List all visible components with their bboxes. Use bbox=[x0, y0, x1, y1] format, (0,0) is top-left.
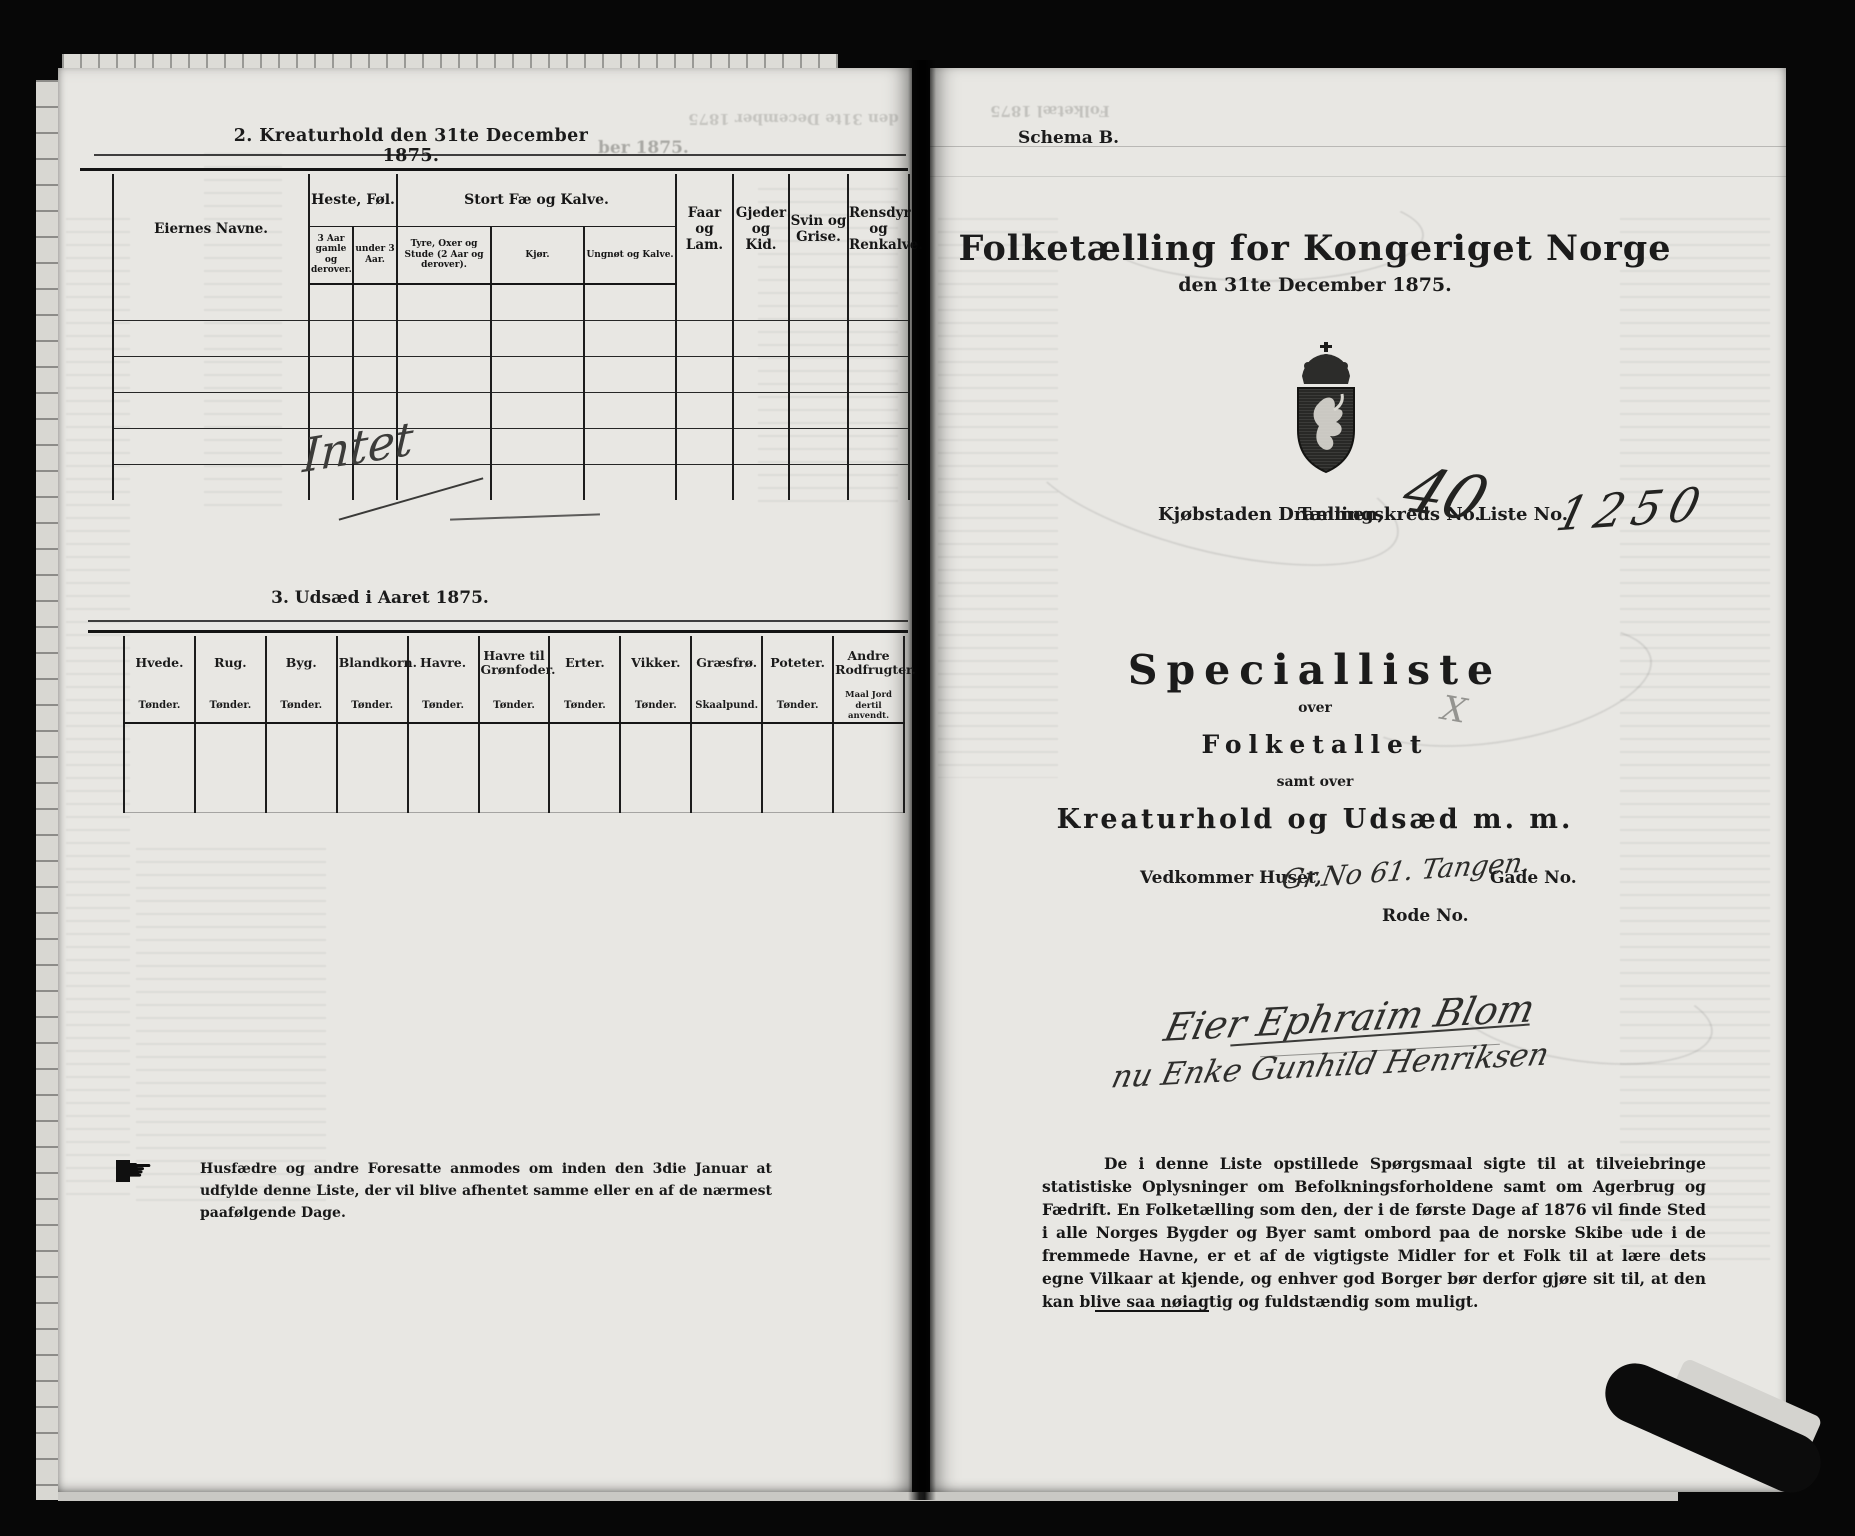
rode-no-label: Rode No. bbox=[1382, 906, 1469, 926]
udsaed-col-byg: Byg. bbox=[266, 636, 337, 690]
col-header-eiernes-navne: Eiernes Navne. bbox=[113, 174, 309, 284]
subcol-under3aar: under 3 Aar. bbox=[353, 226, 397, 284]
udsaed-col-havre: Havre. bbox=[408, 636, 479, 690]
book-page-edges-left bbox=[36, 80, 58, 1500]
udsaed-unit: Tønder. bbox=[266, 690, 337, 723]
table1-empty-row bbox=[113, 429, 909, 465]
manicule-block bbox=[116, 1160, 130, 1182]
kreaturhold-table: Eiernes Navne. Heste, Føl. Stort Fæ og K… bbox=[112, 174, 910, 500]
col-header-gjeder-og-kid: Gjeder og Kid. bbox=[733, 174, 789, 284]
book-gutter bbox=[908, 60, 936, 1500]
bleed-through-mid bbox=[136, 848, 326, 1208]
coat-of-arms-norway bbox=[1288, 342, 1366, 478]
udsaed-unit: Tønder. bbox=[124, 690, 195, 723]
manicule-icon: ☛ bbox=[126, 1156, 153, 1186]
udsaed-col-graesfroe: Græsfrø. bbox=[691, 636, 762, 690]
speciallist-folketallet: Folketallet bbox=[930, 730, 1700, 759]
speciallist-samt-over: samt over bbox=[930, 774, 1700, 790]
udsaed-unit: Tønder. bbox=[408, 690, 479, 723]
udsaed-unit: Tønder. bbox=[195, 690, 266, 723]
left-page: den 31te December 1875 ber 1875. 2. Krea… bbox=[58, 68, 912, 1492]
table2-empty-row bbox=[124, 723, 904, 813]
book-page-edge-bottom bbox=[58, 1492, 1678, 1501]
bleed-through-left-col bbox=[938, 218, 1058, 778]
book-page-edges-top bbox=[62, 54, 838, 68]
table1-empty-row bbox=[113, 321, 909, 357]
footnote-text: Husfædre og andre Foresatte anmodes om i… bbox=[200, 1158, 772, 1224]
udsaed-col-blandkorn: Blandkorn. bbox=[337, 636, 408, 690]
udsaed-col-hvede: Hvede. bbox=[124, 636, 195, 690]
col-group-heste-foel: Heste, Føl. bbox=[309, 174, 397, 226]
udsaed-unit: Tønder. bbox=[762, 690, 833, 723]
udsaed-unit: Tønder. bbox=[549, 690, 620, 723]
table1-empty-row bbox=[113, 393, 909, 429]
udsaed-unit: Maal Jord dertil anvendt. bbox=[833, 690, 904, 723]
table1-empty-row bbox=[113, 284, 909, 321]
table1-empty-row bbox=[113, 357, 909, 393]
col-header-faar-og-lam: Faar og Lam. bbox=[676, 174, 733, 284]
subcol-3aar: 3 Aar gamle og derover. bbox=[309, 226, 353, 284]
table2-top-rule-a bbox=[88, 620, 908, 622]
col-group-stort-fae: Stort Fæ og Kalve. bbox=[397, 174, 676, 226]
schema-label: Schema B. bbox=[1018, 128, 1119, 148]
udsaed-col-rug: Rug. bbox=[195, 636, 266, 690]
udsaed-unit: Skaalpund. bbox=[691, 690, 762, 723]
signature-rule bbox=[1095, 1310, 1209, 1312]
col-header-rensdyr: Rensdyr og Renkalve. bbox=[848, 174, 909, 284]
speciallist-heading: Specialliste bbox=[930, 646, 1700, 694]
handwritten-dash bbox=[450, 513, 600, 520]
udsaed-table: Hvede. Rug. Byg. Blandkorn. Havre. Havre… bbox=[123, 636, 905, 813]
subcol-tyre-oxer: Tyre, Oxer og Stude (2 Aar og derover). bbox=[397, 226, 491, 284]
udsaed-col-erter: Erter. bbox=[549, 636, 620, 690]
udsaed-col-poteter: Poteter. bbox=[762, 636, 833, 690]
table1-top-rule-a bbox=[94, 154, 906, 156]
udsaed-col-rodfrugter: Andre Rodfrugter. bbox=[833, 636, 904, 690]
subcol-kjoer: Kjør. bbox=[491, 226, 584, 284]
speciallist-kreaturhold: Kreaturhold og Udsæd m. m. bbox=[930, 804, 1700, 835]
table2-top-rule-b bbox=[88, 630, 908, 633]
bleed-text-top: den 31te December 1875 bbox=[688, 110, 899, 128]
census-title: Folketælling for Kongeriget Norge bbox=[930, 228, 1700, 269]
table2-title: 3. Udsæd i Aaret 1875. bbox=[200, 588, 560, 608]
udsaed-unit: Tønder. bbox=[337, 690, 408, 723]
subcol-ungnoet: Ungnøt og Kalve. bbox=[584, 226, 676, 284]
census-subtitle: den 31te December 1875. bbox=[930, 274, 1700, 296]
udsaed-col-havre-groenfoder: Havre til Grønfoder. bbox=[479, 636, 550, 690]
table1-empty-row bbox=[113, 465, 909, 501]
udsaed-unit: Tønder. bbox=[479, 690, 550, 723]
liste-label: Liste No. bbox=[1478, 504, 1568, 525]
bleed-grid-line2 bbox=[930, 176, 1786, 177]
udsaed-col-vikker: Vikker. bbox=[620, 636, 691, 690]
col-header-svin-og-grise: Svin og Grise. bbox=[789, 174, 848, 284]
udsaed-unit: Tønder. bbox=[620, 690, 691, 723]
liste-value-handwritten: 1250 bbox=[1551, 476, 1713, 541]
right-page: Folketæl 1875 Schema B. Folketælling for… bbox=[930, 68, 1786, 1492]
table1-top-rule-b bbox=[80, 168, 908, 171]
instruction-paragraph: De i denne Liste opstillede Spørgsmaal s… bbox=[1042, 1152, 1706, 1313]
table1-title: 2. Kreaturhold den 31te December 1875. bbox=[221, 126, 601, 166]
bleed-text-top: Folketæl 1875 bbox=[990, 102, 1110, 120]
speciallist-over: over bbox=[930, 700, 1700, 716]
gade-no-label: Gade No. bbox=[1490, 868, 1577, 888]
census-book-scan: den 31te December 1875 ber 1875. 2. Krea… bbox=[0, 0, 1855, 1536]
